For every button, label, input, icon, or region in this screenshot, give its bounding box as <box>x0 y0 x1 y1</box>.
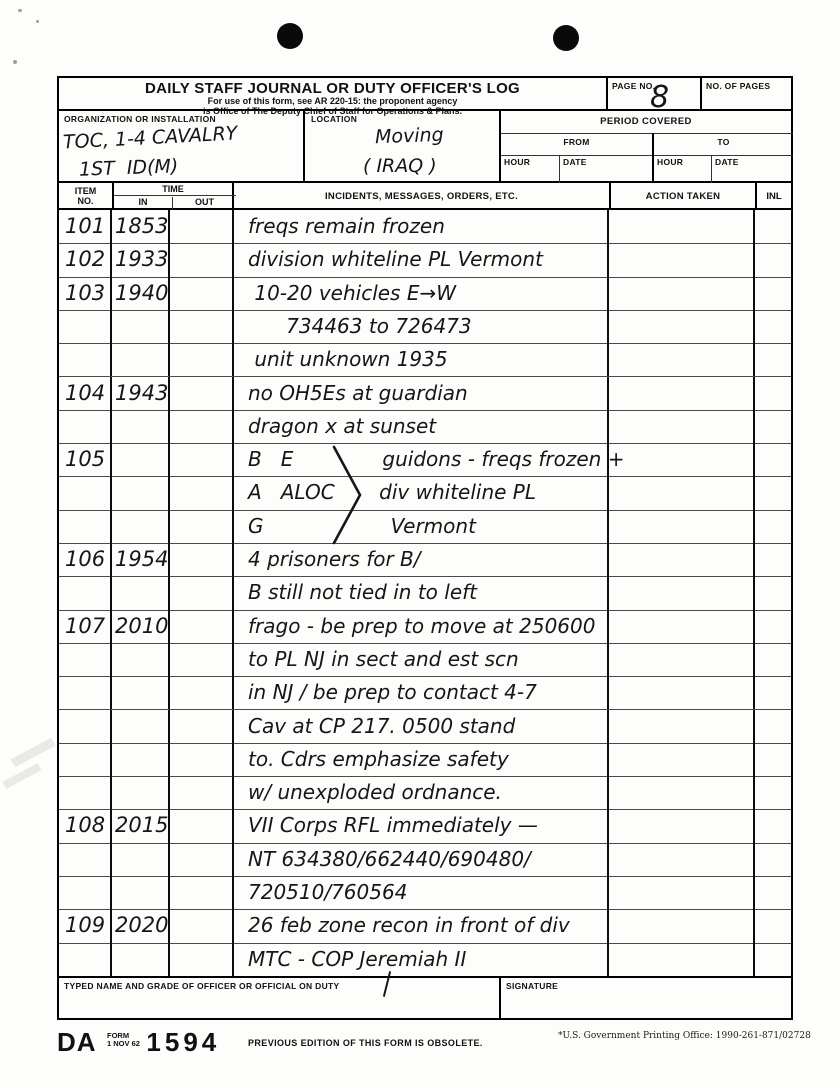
inl-cell <box>755 676 791 709</box>
incidents-cell: w/ unexploded ordnance. <box>234 776 609 809</box>
inl-cell <box>755 643 791 676</box>
item-no-cell: 101 <box>59 210 112 243</box>
item-no-cell <box>59 410 112 443</box>
handwritten-text: 734463 to 726473 <box>248 310 472 343</box>
item-label: NO. <box>59 196 112 206</box>
item-no-cell: 102 <box>59 243 112 276</box>
date-label: DATE <box>715 157 793 167</box>
inl-cell <box>755 876 791 909</box>
time-in-cell <box>112 710 170 743</box>
time-in-cell <box>112 843 170 876</box>
in-label: IN <box>114 197 172 207</box>
time-out-cell <box>170 343 234 376</box>
inl-cell <box>755 543 791 576</box>
location-value-line1: Moving <box>375 124 444 148</box>
inl-cell <box>755 243 791 276</box>
action-taken-cell <box>609 277 755 310</box>
handwritten-text: 109 <box>59 909 105 942</box>
journal-row: 734463 to 726473 <box>59 310 791 344</box>
time-in-cell <box>112 676 170 709</box>
inl-cell <box>755 576 791 609</box>
time-out-cell <box>170 443 234 476</box>
to-cell: TO <box>652 133 793 155</box>
incidents-cell: Cav at CP 217. 0500 stand <box>234 710 609 743</box>
form-small-2: 1 NOV 62 <box>107 1040 140 1048</box>
item-no-cell: 105 <box>59 443 112 476</box>
scan-smudge <box>2 763 41 789</box>
handwritten-text: 103 <box>59 277 105 310</box>
action-taken-cell <box>609 476 755 509</box>
incidents-cell: dragon x at sunset <box>234 410 609 443</box>
incidents-cell: G Vermont <box>234 510 609 543</box>
page-no-value: 8 <box>650 80 669 115</box>
to-hour-cell: HOUR <box>652 155 711 183</box>
incidents-cell: frago - be prep to move at 250600 <box>234 610 609 643</box>
item-no-cell: 109 <box>59 909 112 942</box>
form-title: DAILY STAFF JOURNAL OR DUTY OFFICER'S LO… <box>59 80 606 97</box>
journal-row: to. Cdrs emphasize safety <box>59 743 791 777</box>
typed-name-label: TYPED NAME AND GRADE OF OFFICER OR OFFIC… <box>64 981 499 991</box>
handwritten-text: dragon x at sunset <box>248 410 436 443</box>
inl-cell <box>755 809 791 842</box>
period-covered-label: PERIOD COVERED <box>501 116 791 127</box>
time-out-cell <box>170 576 234 609</box>
action-taken-cell <box>609 576 755 609</box>
handwritten-text: unit unknown 1935 <box>248 343 448 376</box>
item-no-header: ITEM NO. <box>59 183 112 210</box>
action-taken-cell <box>609 843 755 876</box>
handwritten-text: B E guidons - freqs frozen + <box>248 443 624 476</box>
inl-cell <box>755 510 791 543</box>
action-taken-cell <box>609 909 755 942</box>
time-out-cell <box>170 210 234 243</box>
organization-value-line1: TOC, 1-4 CAVALRY <box>63 122 238 153</box>
divider <box>114 195 236 196</box>
action-taken-label: ACTION TAKEN <box>611 191 755 202</box>
item-no-cell: 103 <box>59 277 112 310</box>
time-in-cell <box>112 776 170 809</box>
journal-row: to PL NJ in sect and est scn <box>59 643 791 677</box>
time-in-cell: 2020 <box>112 909 170 942</box>
hour-label: HOUR <box>504 157 559 167</box>
incidents-cell: B E guidons - freqs frozen + <box>234 443 609 476</box>
incidents-label: INCIDENTS, MESSAGES, ORDERS, ETC. <box>234 191 609 202</box>
action-taken-cell <box>609 343 755 376</box>
no-of-pages-cell: NO. OF PAGES <box>700 78 791 111</box>
incidents-cell: NT 634380/662440/690480/ <box>234 843 609 876</box>
item-no-cell <box>59 843 112 876</box>
inl-cell <box>755 843 791 876</box>
action-taken-cell <box>609 710 755 743</box>
time-out-cell <box>170 876 234 909</box>
time-out-cell <box>170 776 234 809</box>
inl-cell <box>755 443 791 476</box>
incidents-cell: B still not tied in to left <box>234 576 609 609</box>
handwritten-text: VII Corps RFL immediately — <box>248 809 538 842</box>
inl-cell <box>755 410 791 443</box>
action-taken-cell <box>609 377 755 410</box>
action-taken-cell <box>609 743 755 776</box>
organization-value-line2: 1ST ID(M) <box>79 155 179 180</box>
action-taken-cell <box>609 410 755 443</box>
date-label: DATE <box>563 157 652 167</box>
action-taken-cell <box>609 643 755 676</box>
action-taken-cell <box>609 610 755 643</box>
time-out-cell <box>170 643 234 676</box>
journal-row: 1011853freqs remain frozen <box>59 210 791 244</box>
time-in-cell <box>112 476 170 509</box>
time-header: TIME IN OUT <box>112 183 234 210</box>
to-label: TO <box>654 137 793 147</box>
journal-row: A ALOC div whiteline PL <box>59 476 791 510</box>
handwritten-text: 1943 <box>112 377 168 410</box>
handwritten-text: 1954 <box>112 543 168 576</box>
journal-row: 1041943no OH5Es at guardian <box>59 377 791 411</box>
punch-hole-right <box>553 25 579 51</box>
handwritten-text: to. Cdrs emphasize safety <box>248 743 509 776</box>
item-label: ITEM <box>59 186 112 196</box>
handwritten-text: 105 <box>59 443 105 476</box>
incidents-header: INCIDENTS, MESSAGES, ORDERS, ETC. <box>234 183 609 210</box>
time-out-cell <box>170 410 234 443</box>
item-no-cell <box>59 310 112 343</box>
to-date-cell: DATE <box>711 155 793 183</box>
handwritten-text: 1853 <box>112 210 168 243</box>
incidents-cell: 10-20 vehicles E→W <box>234 277 609 310</box>
inl-cell <box>755 943 791 976</box>
scan-speck <box>18 9 22 12</box>
handwritten-text: 107 <box>59 610 105 643</box>
handwritten-text: MTC - COP Jeremiah II <box>248 943 466 976</box>
item-no-cell: 107 <box>59 610 112 643</box>
hour-label: HOUR <box>657 157 711 167</box>
time-in-cell <box>112 576 170 609</box>
handwritten-text: 1933 <box>112 243 168 276</box>
handwritten-text: 2020 <box>112 909 168 942</box>
action-taken-cell <box>609 943 755 976</box>
time-in-cell <box>112 743 170 776</box>
item-no-cell <box>59 676 112 709</box>
journal-row: w/ unexploded ordnance. <box>59 776 791 810</box>
from-cell: FROM <box>501 133 652 155</box>
action-taken-cell <box>609 443 755 476</box>
location-label: LOCATION <box>311 114 499 124</box>
time-in-cell <box>112 410 170 443</box>
incidents-cell: MTC - COP Jeremiah II <box>234 943 609 976</box>
journal-row: 109202026 feb zone recon in front of div <box>59 909 791 943</box>
journal-row: unit unknown 1935 <box>59 343 791 377</box>
handwritten-text: 106 <box>59 543 105 576</box>
incidents-cell: division whiteline PL Vermont <box>234 243 609 276</box>
handwritten-text: 720510/760564 <box>248 876 407 909</box>
time-out-cell <box>170 676 234 709</box>
handwritten-text: A ALOC div whiteline PL <box>248 476 536 509</box>
inl-cell <box>755 710 791 743</box>
journal-row: 1072010frago - be prep to move at 250600 <box>59 610 791 644</box>
handwritten-text: 2010 <box>112 610 168 643</box>
inl-cell <box>755 909 791 942</box>
action-taken-cell <box>609 243 755 276</box>
handwritten-text: 4 prisoners for B/ <box>248 543 421 576</box>
journal-row: dragon x at sunset <box>59 410 791 444</box>
time-in-cell <box>112 876 170 909</box>
incidents-cell: freqs remain frozen <box>234 210 609 243</box>
inl-cell <box>755 277 791 310</box>
action-taken-cell <box>609 876 755 909</box>
out-label: OUT <box>172 197 236 210</box>
time-in-cell <box>112 343 170 376</box>
form-number: 1594 <box>146 1027 220 1057</box>
punch-hole-left <box>277 23 303 49</box>
handwritten-text: frago - be prep to move at 250600 <box>248 610 595 643</box>
inl-cell <box>755 210 791 243</box>
time-out-cell <box>170 310 234 343</box>
incidents-cell: A ALOC div whiteline PL <box>234 476 609 509</box>
action-taken-cell <box>609 510 755 543</box>
action-taken-cell <box>609 676 755 709</box>
journal-row: NT 634380/662440/690480/ <box>59 843 791 877</box>
time-in-cell: 2015 <box>112 809 170 842</box>
handwritten-text: 10-20 vehicles E→W <box>248 277 456 310</box>
time-out-cell <box>170 943 234 976</box>
location-cell: LOCATION Moving ( IRAQ ) <box>303 111 499 183</box>
item-no-cell <box>59 876 112 909</box>
location-value-line2: ( IRAQ ) <box>363 155 437 177</box>
time-in-cell: 1940 <box>112 277 170 310</box>
time-out-cell <box>170 543 234 576</box>
journal-row: 105B E guidons - freqs frozen + <box>59 443 791 477</box>
journal-row: Cav at CP 217. 0500 stand <box>59 710 791 744</box>
journal-row: G Vermont <box>59 510 791 544</box>
item-no-cell <box>59 576 112 609</box>
signature-label: SIGNATURE <box>506 981 791 991</box>
scanned-da-form-1594: DAILY STAFF JOURNAL OR DUTY OFFICER'S LO… <box>0 0 840 1088</box>
journal-row: 1021933division whiteline PL Vermont <box>59 243 791 277</box>
item-no-cell <box>59 510 112 543</box>
inl-header: INL <box>755 183 791 210</box>
item-no-cell: 108 <box>59 809 112 842</box>
gpo-note: *U.S. Government Printing Office: 1990-2… <box>558 1031 811 1041</box>
from-label: FROM <box>501 137 652 147</box>
incidents-cell: 720510/760564 <box>234 876 609 909</box>
time-in-cell <box>112 510 170 543</box>
handwritten-text: 104 <box>59 377 105 410</box>
time-out-cell <box>170 476 234 509</box>
item-no-cell <box>59 776 112 809</box>
time-in-cell <box>112 943 170 976</box>
handwritten-text: division whiteline PL Vermont <box>248 243 543 276</box>
handwritten-text: 101 <box>59 210 105 243</box>
time-in-cell <box>112 310 170 343</box>
journal-row: B still not tied in to left <box>59 576 791 610</box>
time-label: TIME <box>114 184 232 194</box>
form-subtitle-1: For use of this form, see AR 220-15: the… <box>59 96 606 106</box>
title-block: DAILY STAFF JOURNAL OR DUTY OFFICER'S LO… <box>59 78 606 111</box>
action-taken-cell <box>609 776 755 809</box>
incidents-cell: to PL NJ in sect and est scn <box>234 643 609 676</box>
time-in-cell <box>112 643 170 676</box>
inl-cell <box>755 476 791 509</box>
handwritten-text: no OH5Es at guardian <box>248 377 468 410</box>
handwritten-text: to PL NJ in sect and est scn <box>248 643 519 676</box>
time-in-cell: 2010 <box>112 610 170 643</box>
handwritten-text: 1940 <box>112 277 168 310</box>
action-taken-cell <box>609 809 755 842</box>
inl-cell <box>755 743 791 776</box>
journal-row: 1082015VII Corps RFL immediately — <box>59 809 791 843</box>
time-out-cell <box>170 909 234 942</box>
action-taken-cell <box>609 543 755 576</box>
item-no-cell <box>59 743 112 776</box>
inl-cell <box>755 343 791 376</box>
time-out-cell <box>170 510 234 543</box>
inl-cell <box>755 776 791 809</box>
no-of-pages-label: NO. OF PAGES <box>706 81 791 91</box>
handwritten-text: 108 <box>59 809 105 842</box>
handwritten-text: freqs remain frozen <box>248 210 445 243</box>
inl-cell <box>755 377 791 410</box>
item-no-cell <box>59 710 112 743</box>
item-no-cell <box>59 643 112 676</box>
handwritten-text: 102 <box>59 243 105 276</box>
incidents-cell: unit unknown 1935 <box>234 343 609 376</box>
incidents-cell: 734463 to 726473 <box>234 310 609 343</box>
handwritten-text: w/ unexploded ordnance. <box>248 776 502 809</box>
obsolete-note: PREVIOUS EDITION OF THIS FORM IS OBSOLET… <box>248 1038 483 1048</box>
journal-row: 1031940 10-20 vehicles E→W <box>59 277 791 311</box>
typed-name-cell: TYPED NAME AND GRADE OF OFFICER OR OFFIC… <box>59 976 499 1018</box>
handwritten-text: 26 feb zone recon in front of div <box>248 909 570 942</box>
item-no-cell: 106 <box>59 543 112 576</box>
time-out-cell <box>170 277 234 310</box>
page-no-cell: PAGE NO. 8 <box>606 78 700 111</box>
time-out-cell <box>170 809 234 842</box>
time-out-cell <box>170 610 234 643</box>
item-no-cell <box>59 343 112 376</box>
inl-cell <box>755 310 791 343</box>
organization-cell: ORGANIZATION OR INSTALLATION TOC, 1-4 CA… <box>59 111 303 183</box>
time-out-cell <box>170 743 234 776</box>
time-out-cell <box>170 710 234 743</box>
journal-row: MTC - COP Jeremiah II <box>59 943 791 977</box>
from-date-cell: DATE <box>559 155 652 183</box>
from-hour-cell: HOUR <box>501 155 559 183</box>
signature-cell: SIGNATURE <box>499 976 791 1018</box>
handwritten-text: B still not tied in to left <box>248 576 477 609</box>
incidents-cell: 26 feb zone recon in front of div <box>234 909 609 942</box>
incidents-cell: VII Corps RFL immediately — <box>234 809 609 842</box>
form-da: DA <box>57 1027 97 1057</box>
journal-row: in NJ / be prep to contact 4-7 <box>59 676 791 710</box>
incidents-cell: 4 prisoners for B/ <box>234 543 609 576</box>
form-border: DAILY STAFF JOURNAL OR DUTY OFFICER'S LO… <box>57 76 793 1020</box>
incidents-cell: no OH5Es at guardian <box>234 377 609 410</box>
time-in-cell <box>112 443 170 476</box>
time-in-cell: 1954 <box>112 543 170 576</box>
item-no-cell <box>59 476 112 509</box>
period-covered-cell: PERIOD COVERED FROM TO HOUR DATE HOUR DA… <box>499 111 791 183</box>
time-in-cell: 1933 <box>112 243 170 276</box>
item-no-cell: 104 <box>59 377 112 410</box>
handwritten-text: 2015 <box>112 809 168 842</box>
time-out-cell <box>170 243 234 276</box>
inl-label: INL <box>757 191 791 202</box>
incidents-cell: to. Cdrs emphasize safety <box>234 743 609 776</box>
organization-label: ORGANIZATION OR INSTALLATION <box>64 114 303 124</box>
time-out-cell <box>170 377 234 410</box>
journal-row: 720510/760564 <box>59 876 791 910</box>
incidents-cell: in NJ / be prep to contact 4-7 <box>234 676 609 709</box>
brace-item-105 <box>331 444 365 546</box>
time-in-cell: 1853 <box>112 210 170 243</box>
time-out-cell <box>170 843 234 876</box>
scan-speck <box>13 60 17 64</box>
scan-speck <box>36 20 39 23</box>
scan-smudge <box>11 738 56 768</box>
handwritten-text: in NJ / be prep to contact 4-7 <box>248 676 537 709</box>
time-in-cell: 1943 <box>112 377 170 410</box>
form-id-block: DA FORM 1 NOV 62 1594 <box>57 1027 220 1058</box>
action-taken-cell <box>609 310 755 343</box>
handwritten-text: NT 634380/662440/690480/ <box>248 843 531 876</box>
handwritten-text: Cav at CP 217. 0500 stand <box>248 710 515 743</box>
journal-row: 10619544 prisoners for B/ <box>59 543 791 577</box>
action-taken-header: ACTION TAKEN <box>609 183 755 210</box>
item-no-cell <box>59 943 112 976</box>
inl-cell <box>755 610 791 643</box>
action-taken-cell <box>609 210 755 243</box>
